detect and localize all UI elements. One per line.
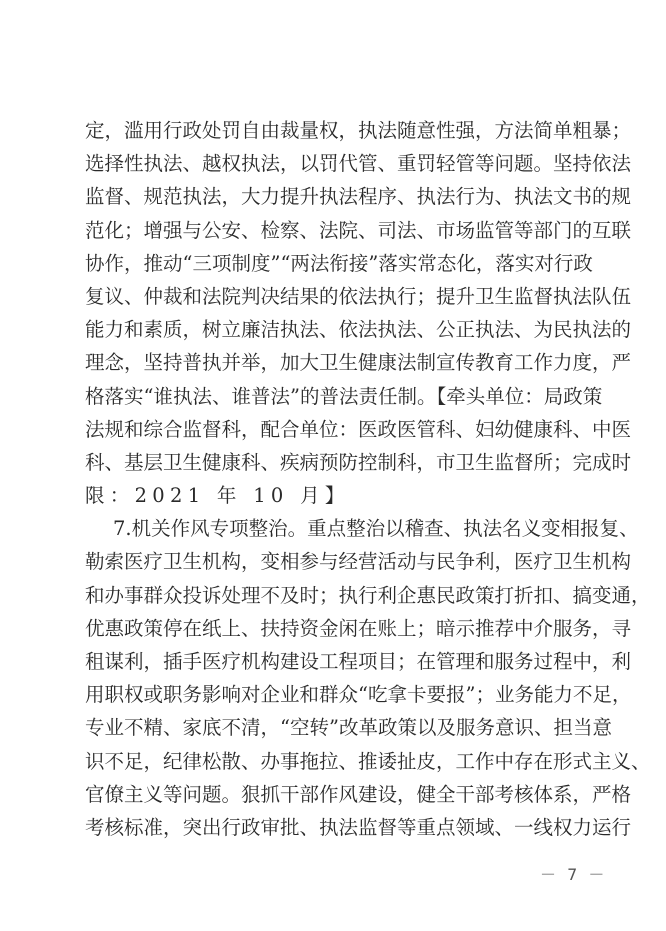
text-line: 科、基层卫生健康科、疾病预防控制科，市卫生监督所；完成时 [85,446,583,479]
text-line: 法规和综合监督科，配合单位：医政医管科、妇幼健康科、中医 [85,413,583,446]
text-line: 限：2021 年 10 月】 [85,479,583,512]
text-line: 监督、规范执法，大力提升执法程序、执法行为、执法文书的规 [85,180,583,213]
text-line: 考核标准，突出行政审批、执法监督等重点领域、一线权力运行 [85,811,583,844]
text-line: 范化；增强与公安、检察、法院、司法、市场监管等部门的互联 [85,214,583,247]
text-line: 官僚主义等问题。狠抓干部作风建设，健全干部考核体系，严格 [85,778,583,811]
text-line: 选择性执法、越权执法，以罚代管、重罚轻管等问题。坚持依法 [85,147,583,180]
text-line: 能力和素质，树立廉洁执法、依法执法、公正执法、为民执法的 [85,313,583,346]
text-line: 识不足，纪律松散、办事拖拉、推诿扯皮，工作中存在形式主义、 [85,745,583,778]
document-page: 定，滥用行政处罚自由裁量权，执法随意性强，方法简单粗暴； 选择性执法、越权执法，… [0,0,666,931]
text-line: 定，滥用行政处罚自由裁量权，执法随意性强，方法简单粗暴； [85,114,583,147]
body-text: 定，滥用行政处罚自由裁量权，执法随意性强，方法简单粗暴； 选择性执法、越权执法，… [85,114,583,844]
section-heading-line: 7.机关作风专项整治。重点整治以稽查、执法名义变相报复、 [85,512,583,545]
text-line: 租谋利，插手医疗机构建设工程项目；在管理和服务过程中，利 [85,645,583,678]
text-line: 优惠政策停在纸上、扶持资金闲在账上；暗示推荐中介服务，寻 [85,612,583,645]
text-line: 理念，坚持普执并举，加大卫生健康法制宣传教育工作力度，严 [85,346,583,379]
text-line: 协作，推动“三项制度”“两法衔接”落实常态化，落实对行政 [85,247,583,280]
text-line: 格落实“谁执法、谁普法”的普法责任制。【牵头单位：局政策 [85,380,583,413]
page-number: － 7 － [540,862,607,885]
text-line: 用职权或职务影响对企业和群众“吃拿卡要报”；业务能力不足， [85,678,583,711]
text-line: 勒索医疗卫生机构，变相参与经营活动与民争利，医疗卫生机构 [85,545,583,578]
text-line: 专业不精、家底不清，“空转”改革政策以及服务意识、担当意 [85,711,583,744]
text-line: 和办事群众投诉处理不及时；执行利企惠民政策打折扣、搞变通， [85,579,583,612]
text-line: 复议、仲裁和法院判决结果的依法执行；提升卫生监督执法队伍 [85,280,583,313]
